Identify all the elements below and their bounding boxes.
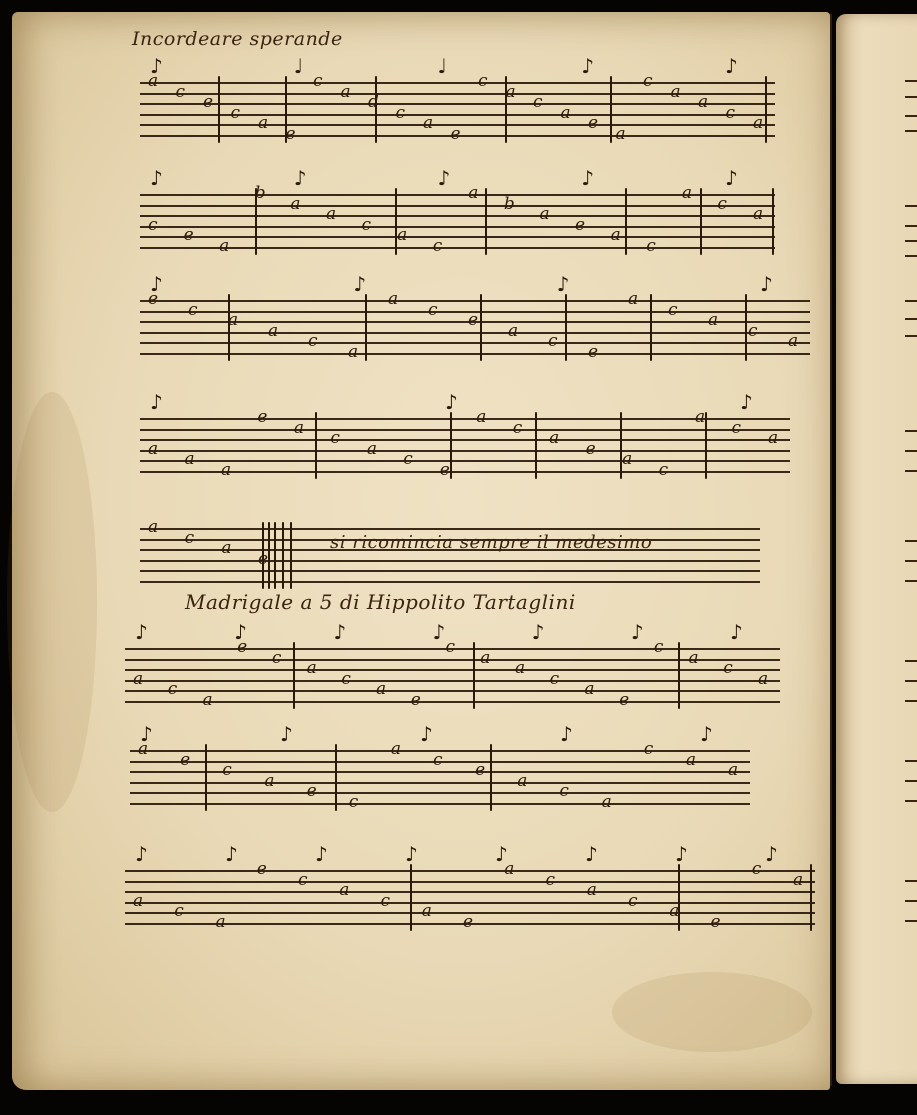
barline — [410, 864, 412, 931]
staff-line — [140, 353, 810, 355]
rhythm-flag: ♪ — [294, 168, 307, 188]
barline — [650, 294, 652, 361]
barline — [450, 412, 452, 479]
tab-letter: a — [376, 681, 386, 698]
tab-letter: a — [268, 323, 278, 340]
staff-line — [140, 205, 775, 207]
tab-letter: c — [298, 872, 308, 889]
tab-letter: a — [476, 409, 486, 426]
staff-line — [125, 690, 780, 692]
tab-letter: c — [176, 84, 186, 101]
tab-letter: a — [506, 84, 516, 101]
tab-letter: e — [451, 126, 461, 143]
tab-letter: e — [184, 227, 194, 244]
rhythm-flag: ♪ — [225, 844, 238, 864]
barline — [610, 76, 612, 143]
tab-letter: e — [203, 94, 213, 111]
tab-letter: c — [668, 302, 678, 319]
tab-letter: c — [381, 893, 391, 910]
tab-letter: c — [188, 302, 198, 319]
staff-line — [125, 701, 780, 703]
staff-line — [140, 528, 760, 530]
tab-letter: a — [728, 762, 738, 779]
barline — [205, 744, 207, 811]
rhythm-flag: ♪ — [438, 168, 451, 188]
tab-letter: e — [257, 409, 267, 426]
rhythm-flag: ♪ — [700, 724, 713, 744]
staff-line — [125, 891, 815, 893]
tab-letter: a — [216, 914, 226, 931]
tab-letter: a — [422, 903, 432, 920]
rhythm-flag: ♪ — [315, 844, 328, 864]
barline — [335, 744, 337, 811]
tab-letter: c — [732, 420, 742, 437]
staff-line — [125, 881, 815, 883]
barline — [293, 642, 295, 709]
tab-letter: c — [659, 462, 669, 479]
rhythm-flag: ♪ — [420, 724, 433, 744]
staff-line — [140, 300, 810, 302]
rhythm-flag: ♪ — [333, 622, 346, 642]
rhythm-flag: ♪ — [150, 274, 163, 294]
tab-letter: e — [258, 551, 268, 568]
tab-letter: e — [586, 441, 596, 458]
tab-letter: a — [307, 660, 317, 677]
tab-letter: c — [533, 94, 543, 111]
rhythm-flag: ♪ — [532, 622, 545, 642]
tab-letter: c — [174, 903, 184, 920]
tab-letter: a — [517, 773, 527, 790]
rhythm-flag: ♪ — [135, 844, 148, 864]
tab-letter: b — [255, 185, 266, 202]
barline — [810, 864, 812, 931]
tab-letter: a — [602, 794, 612, 811]
tab-letter: a — [258, 115, 268, 132]
tab-letter: a — [682, 185, 692, 202]
tab-letter: a — [341, 84, 351, 101]
tab-letter: a — [788, 333, 798, 350]
rhythm-flag: ♪ — [765, 844, 778, 864]
barline — [274, 522, 276, 589]
barline — [485, 188, 487, 255]
barline — [473, 642, 475, 709]
tab-letter: a — [348, 344, 358, 361]
tab-letter: a — [290, 196, 300, 213]
staff-line — [140, 471, 790, 473]
barline — [745, 294, 747, 361]
rhythm-flag: ♩ — [438, 56, 447, 76]
barline — [625, 188, 627, 255]
tab-letter: a — [611, 227, 621, 244]
tab-letter: a — [388, 291, 398, 308]
staff-line — [130, 803, 750, 805]
tab-letter: a — [671, 84, 681, 101]
staff-line — [140, 581, 760, 583]
barline — [218, 76, 220, 143]
tab-letter: a — [753, 115, 763, 132]
tab-letter: a — [184, 451, 194, 468]
staff-line — [140, 247, 775, 249]
tab-letter: c — [433, 238, 443, 255]
tab-letter: a — [423, 115, 433, 132]
tab-letter: c — [185, 530, 195, 547]
tab-letter: e — [468, 312, 478, 329]
tab-letter: e — [711, 914, 721, 931]
rhythm-flag: ♪ — [405, 844, 418, 864]
staff-line — [140, 226, 775, 228]
tab-letter: c — [748, 323, 758, 340]
tab-letter: a — [397, 227, 407, 244]
facing-page — [836, 14, 917, 1084]
rhythm-flag: ♪ — [730, 622, 743, 642]
tab-letter: c — [428, 302, 438, 319]
barline — [535, 412, 537, 479]
tab-letter: c — [362, 217, 372, 234]
rhythm-flag: ♪ — [725, 56, 738, 76]
staff-line — [140, 215, 775, 217]
staff-line — [125, 902, 815, 904]
heading-madrigal: Madrigale a 5 di Hippolito Tartaglini — [185, 590, 576, 614]
tab-letter: e — [411, 692, 421, 709]
rhythm-flag: ♪ — [353, 274, 366, 294]
tab-letter: c — [433, 752, 443, 769]
tab-letter: c — [222, 762, 232, 779]
staff-line — [140, 439, 790, 441]
tab-letter: a — [221, 462, 231, 479]
tab-letter: a — [515, 660, 525, 677]
rhythm-flag: ♪ — [560, 724, 573, 744]
heading-top: Incordeare sperande — [132, 28, 343, 50]
repeat-note: si ricomincia sempre il medesimo — [330, 532, 652, 553]
barline — [365, 294, 367, 361]
rhythm-flag: ♪ — [585, 844, 598, 864]
tab-letter: e — [588, 344, 598, 361]
rhythm-flag: ♪ — [581, 168, 594, 188]
rhythm-flag: ♪ — [280, 724, 293, 744]
rhythm-flag: ♪ — [495, 844, 508, 864]
tab-letter: a — [622, 451, 632, 468]
rhythm-flag: ♩ — [294, 56, 303, 76]
tab-letter: c — [349, 794, 359, 811]
rhythm-flag: ♪ — [740, 392, 753, 412]
tab-letter: e — [575, 217, 585, 234]
tab-letter: a — [584, 681, 594, 698]
rhythm-flag: ♪ — [234, 622, 247, 642]
tab-letter: a — [468, 185, 478, 202]
tab-letter: c — [726, 105, 736, 122]
tab-letter: a — [221, 540, 231, 557]
tab-letter: d — [368, 94, 379, 111]
tab-letter: a — [669, 903, 679, 920]
tab-letter: a — [148, 519, 158, 536]
water-stain — [612, 972, 812, 1052]
tab-letter: c — [550, 671, 560, 688]
tab-letter: c — [313, 73, 323, 90]
tab-letter: b — [504, 196, 515, 213]
rhythm-flag: ♪ — [445, 392, 458, 412]
tab-letter: a — [202, 692, 212, 709]
tab-letter: a — [326, 206, 336, 223]
tab-letter: a — [628, 291, 638, 308]
tab-letter: a — [391, 741, 401, 758]
tab-letter: a — [587, 882, 597, 899]
tablature-staff — [140, 194, 775, 247]
staff-line — [140, 236, 775, 238]
tab-letter: c — [723, 660, 733, 677]
tablature-staff — [140, 418, 790, 471]
tab-letter: a — [793, 872, 803, 889]
barline — [705, 412, 707, 479]
tab-letter: a — [228, 312, 238, 329]
tab-letter: a — [367, 441, 377, 458]
rhythm-flag: ♪ — [675, 844, 688, 864]
staff-line — [130, 792, 750, 794]
tab-letter: c — [396, 105, 406, 122]
tab-letter: c — [168, 681, 178, 698]
tab-letter: e — [475, 762, 485, 779]
staff-line — [140, 450, 790, 452]
tab-letter: c — [654, 639, 664, 656]
tab-letter: c — [148, 217, 158, 234]
tab-letter: c — [644, 741, 654, 758]
barline — [268, 522, 270, 589]
staff-line — [140, 429, 790, 431]
staff-line — [125, 680, 780, 682]
tab-letter: c — [341, 671, 351, 688]
tab-letter: a — [148, 441, 158, 458]
staff-line — [125, 669, 780, 671]
tab-letter: e — [463, 914, 473, 931]
rhythm-flag: ♪ — [150, 168, 163, 188]
staff-line — [125, 870, 815, 872]
tab-letter: a — [758, 671, 768, 688]
barline — [565, 294, 567, 361]
rhythm-flag: ♪ — [150, 56, 163, 76]
rhythm-flag: ♪ — [150, 392, 163, 412]
tab-letter: c — [646, 238, 656, 255]
rhythm-flag: ♪ — [557, 274, 570, 294]
staff-line — [140, 570, 760, 572]
barline — [490, 744, 492, 811]
staff-line — [140, 418, 790, 420]
tab-letter: a — [294, 420, 304, 437]
staff-line — [140, 194, 775, 196]
tab-letter: a — [708, 312, 718, 329]
tab-letter: c — [403, 451, 413, 468]
staff-line — [140, 460, 790, 462]
tab-letter: a — [539, 206, 549, 223]
tab-letter: c — [513, 420, 523, 437]
tab-letter: c — [752, 861, 762, 878]
rhythm-flag: ♪ — [725, 168, 738, 188]
tab-letter: c — [446, 639, 456, 656]
tab-letter: a — [219, 238, 229, 255]
barline — [315, 412, 317, 479]
tab-letter: c — [546, 872, 556, 889]
rhythm-flag: ♪ — [760, 274, 773, 294]
tab-letter: a — [480, 650, 490, 667]
barline — [772, 188, 774, 255]
tab-letter: a — [753, 206, 763, 223]
tab-letter: c — [559, 783, 569, 800]
tab-letter: a — [695, 409, 705, 426]
tab-letter: a — [616, 126, 626, 143]
rhythm-flag: ♪ — [631, 622, 644, 642]
staff-line — [140, 332, 810, 334]
tab-letter: a — [133, 671, 143, 688]
tab-letter: c — [308, 333, 318, 350]
staff-line — [130, 782, 750, 784]
staff-line — [125, 659, 780, 661]
staff-line — [140, 342, 810, 344]
barline — [678, 642, 680, 709]
tab-letter: a — [508, 323, 518, 340]
tab-letter: e — [180, 752, 190, 769]
tab-letter: a — [561, 105, 571, 122]
tab-letter: e — [257, 861, 267, 878]
barline — [700, 188, 702, 255]
tab-letter: e — [588, 115, 598, 132]
barline — [480, 294, 482, 361]
rhythm-flag: ♪ — [581, 56, 594, 76]
tab-letter: a — [133, 893, 143, 910]
staff-line — [140, 560, 760, 562]
tab-letter: c — [548, 333, 558, 350]
tab-letter: a — [549, 430, 559, 447]
barline — [290, 522, 292, 589]
tab-letter: e — [440, 462, 450, 479]
tab-letter: e — [307, 783, 317, 800]
tab-letter: a — [689, 650, 699, 667]
water-stain — [7, 392, 97, 812]
tab-letter: c — [330, 430, 340, 447]
tab-letter: c — [643, 73, 653, 90]
tab-letter: c — [628, 893, 638, 910]
barline — [765, 76, 767, 143]
tab-letter: a — [339, 882, 349, 899]
tab-letter: e — [619, 692, 629, 709]
tab-letter: a — [686, 752, 696, 769]
tab-letter: a — [698, 94, 708, 111]
rhythm-flag: ♪ — [140, 724, 153, 744]
tab-letter: a — [264, 773, 274, 790]
tab-letter: a — [768, 430, 778, 447]
tab-letter: c — [717, 196, 727, 213]
tab-letter: c — [478, 73, 488, 90]
tab-letter: c — [272, 650, 282, 667]
tab-letter: c — [231, 105, 241, 122]
rhythm-flag: ♪ — [433, 622, 446, 642]
tab-letter: e — [286, 126, 296, 143]
barline — [282, 522, 284, 589]
rhythm-flag: ♪ — [135, 622, 148, 642]
